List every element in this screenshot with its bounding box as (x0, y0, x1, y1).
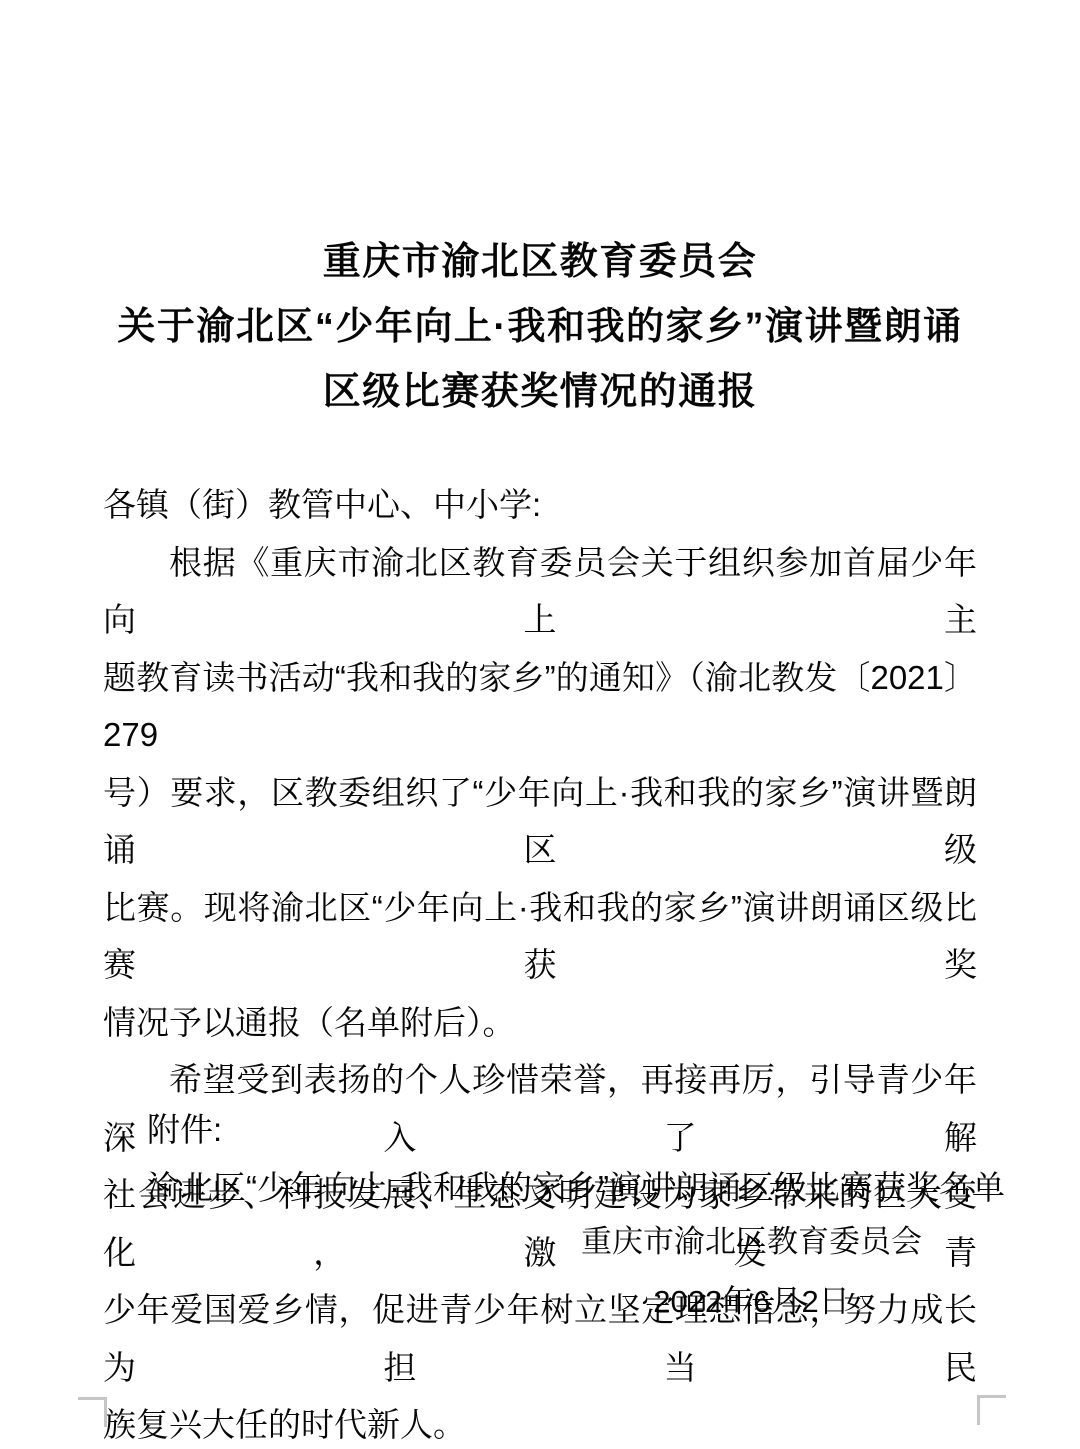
attachment-block: 附件: 渝北区“少年向上·我和我的家乡”演讲朗诵区级比赛获奖名单 (147, 1101, 977, 1217)
document-page: 重庆市渝北区教育委员会 关于渝北区“少年向上·我和我的家乡”演讲暨朗诵 区级比赛… (0, 0, 1080, 1449)
signature-date: 2022年6月2日 (581, 1272, 922, 1332)
title-line-2: 关于渝北区“少年向上·我和我的家乡”演讲暨朗诵 (0, 295, 1080, 360)
paragraph1-line: 比赛。现将渝北区“少年向上·我和我的家乡”演讲朗诵区级比赛获奖 (103, 879, 977, 994)
signer-name: 重庆市渝北区教育委员会 (581, 1212, 922, 1272)
page-corner-mark-left (78, 1397, 107, 1427)
paragraph1-line: 根据《重庆市渝北区教育委员会关于组织参加首届少年向上主 (103, 534, 977, 649)
paragraph1-line: 题教育读书活动“我和我的家乡”的通知》（渝北教发〔2021〕279 (103, 649, 977, 764)
salutation: 各镇（街）教管中心、中小学: (103, 476, 977, 534)
document-title: 重庆市渝北区教育委员会 关于渝北区“少年向上·我和我的家乡”演讲暨朗诵 区级比赛… (0, 230, 1080, 425)
title-line-1: 重庆市渝北区教育委员会 (0, 230, 1080, 295)
page-corner-mark-right (977, 1395, 1006, 1425)
title-line-3: 区级比赛获奖情况的通报 (0, 360, 1080, 425)
paragraph2-line: 族复兴大任的时代新人。 (103, 1396, 977, 1449)
attachment-name: 渝北区“少年向上·我和我的家乡”演讲朗诵区级比赛获奖名单 (147, 1159, 977, 1217)
signature-block: 重庆市渝北区教育委员会 2022年6月2日 (581, 1212, 922, 1332)
paragraph1-line: 号）要求，区教委组织了“少年向上·我和我的家乡”演讲暨朗诵区级 (103, 764, 977, 879)
paragraph1-line: 情况予以通报（名单附后）。 (103, 994, 977, 1052)
attachment-label: 附件: (147, 1101, 977, 1159)
